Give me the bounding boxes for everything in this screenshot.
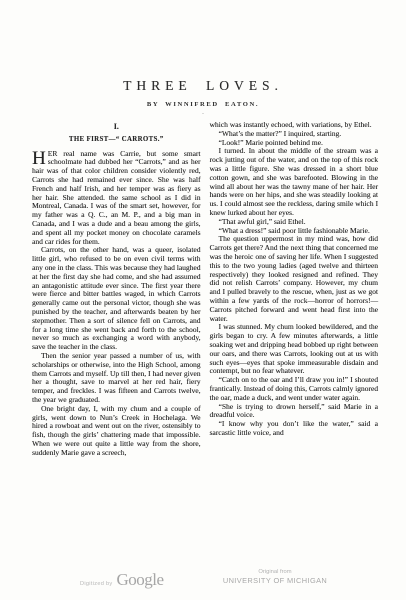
paragraph: “I know why you don’t like the water,” s… [210, 420, 379, 438]
google-logo: Google [117, 570, 164, 590]
opening-paragraph: HER real name was Carrie, but some smart… [32, 150, 201, 247]
provenance-watermark: Original from UNIVERSITY OF MICHIGAN [205, 569, 345, 585]
paragraph: Carrots, on the other hand, was a queer,… [32, 246, 201, 352]
paragraph: “Catch on to the oar and I’ll draw you i… [210, 376, 379, 402]
paragraph: The question uppermost in my mind was, h… [210, 235, 379, 323]
paragraph: “She is trying to drown herself,” said M… [210, 403, 379, 421]
paragraph: Then the senior year passed a number of … [32, 352, 201, 405]
institution-label: UNIVERSITY OF MICHIGAN [205, 576, 345, 585]
section-heading: THE FIRST—“ CARROTS.” [32, 136, 201, 145]
book-byline: BY WINNIFRED EATON. [0, 101, 406, 108]
book-title: THREE LOVES. [0, 78, 406, 94]
paragraph: One bright day, I, with my chum and a co… [32, 405, 201, 458]
ornament-dot: . [0, 111, 406, 116]
left-column: I. THE FIRST—“ CARROTS.” HER real name w… [32, 121, 201, 457]
scanned-book-page: THREE LOVES. BY WINNIFRED EATON. . I. TH… [0, 0, 406, 600]
google-watermark: Digitized by Google [80, 570, 164, 590]
original-from-label: Original from [205, 569, 345, 576]
digitized-by-label: Digitized by [80, 581, 113, 587]
text-columns: I. THE FIRST—“ CARROTS.” HER real name w… [32, 121, 378, 457]
drop-cap: H [32, 150, 48, 166]
paragraph: I was stunned. My chum looked bewildered… [210, 323, 379, 376]
right-column: which was instantly echoed, with variati… [210, 121, 379, 457]
opening-paragraph-text: ER real name was Carrie, but some smart … [32, 149, 201, 246]
section-number: I. [32, 123, 201, 132]
paragraph: I turned. In about the middle of the str… [210, 147, 379, 217]
